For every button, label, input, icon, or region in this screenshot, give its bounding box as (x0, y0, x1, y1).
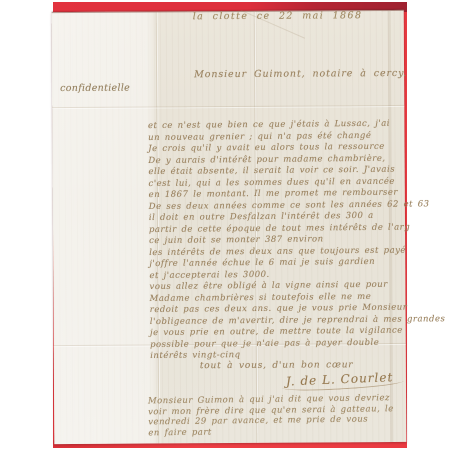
postscript: Monsieur Guimon à qui j'ai dit que vous … (148, 393, 394, 438)
fold-crease-horizontal-upper (52, 105, 404, 108)
page-background: la clotte ce 22 mai 1868 Monsieur Guimon… (0, 0, 450, 450)
letter-paper: la clotte ce 22 mai 1868 Monsieur Guimon… (52, 10, 407, 444)
letter-body: et ce n'est que bien ce que j'étais à Lu… (148, 118, 446, 362)
recipient-line: Monsieur Guimont, notaire à cercy. (194, 68, 407, 80)
date-line: la clotte ce 22 mai 1868 (193, 10, 363, 22)
closing-line: tout à vous, d'un bon cœur (200, 360, 354, 371)
letter-photo: la clotte ce 22 mai 1868 Monsieur Guimon… (53, 2, 407, 448)
confidential-note: confidentielle (60, 83, 130, 94)
